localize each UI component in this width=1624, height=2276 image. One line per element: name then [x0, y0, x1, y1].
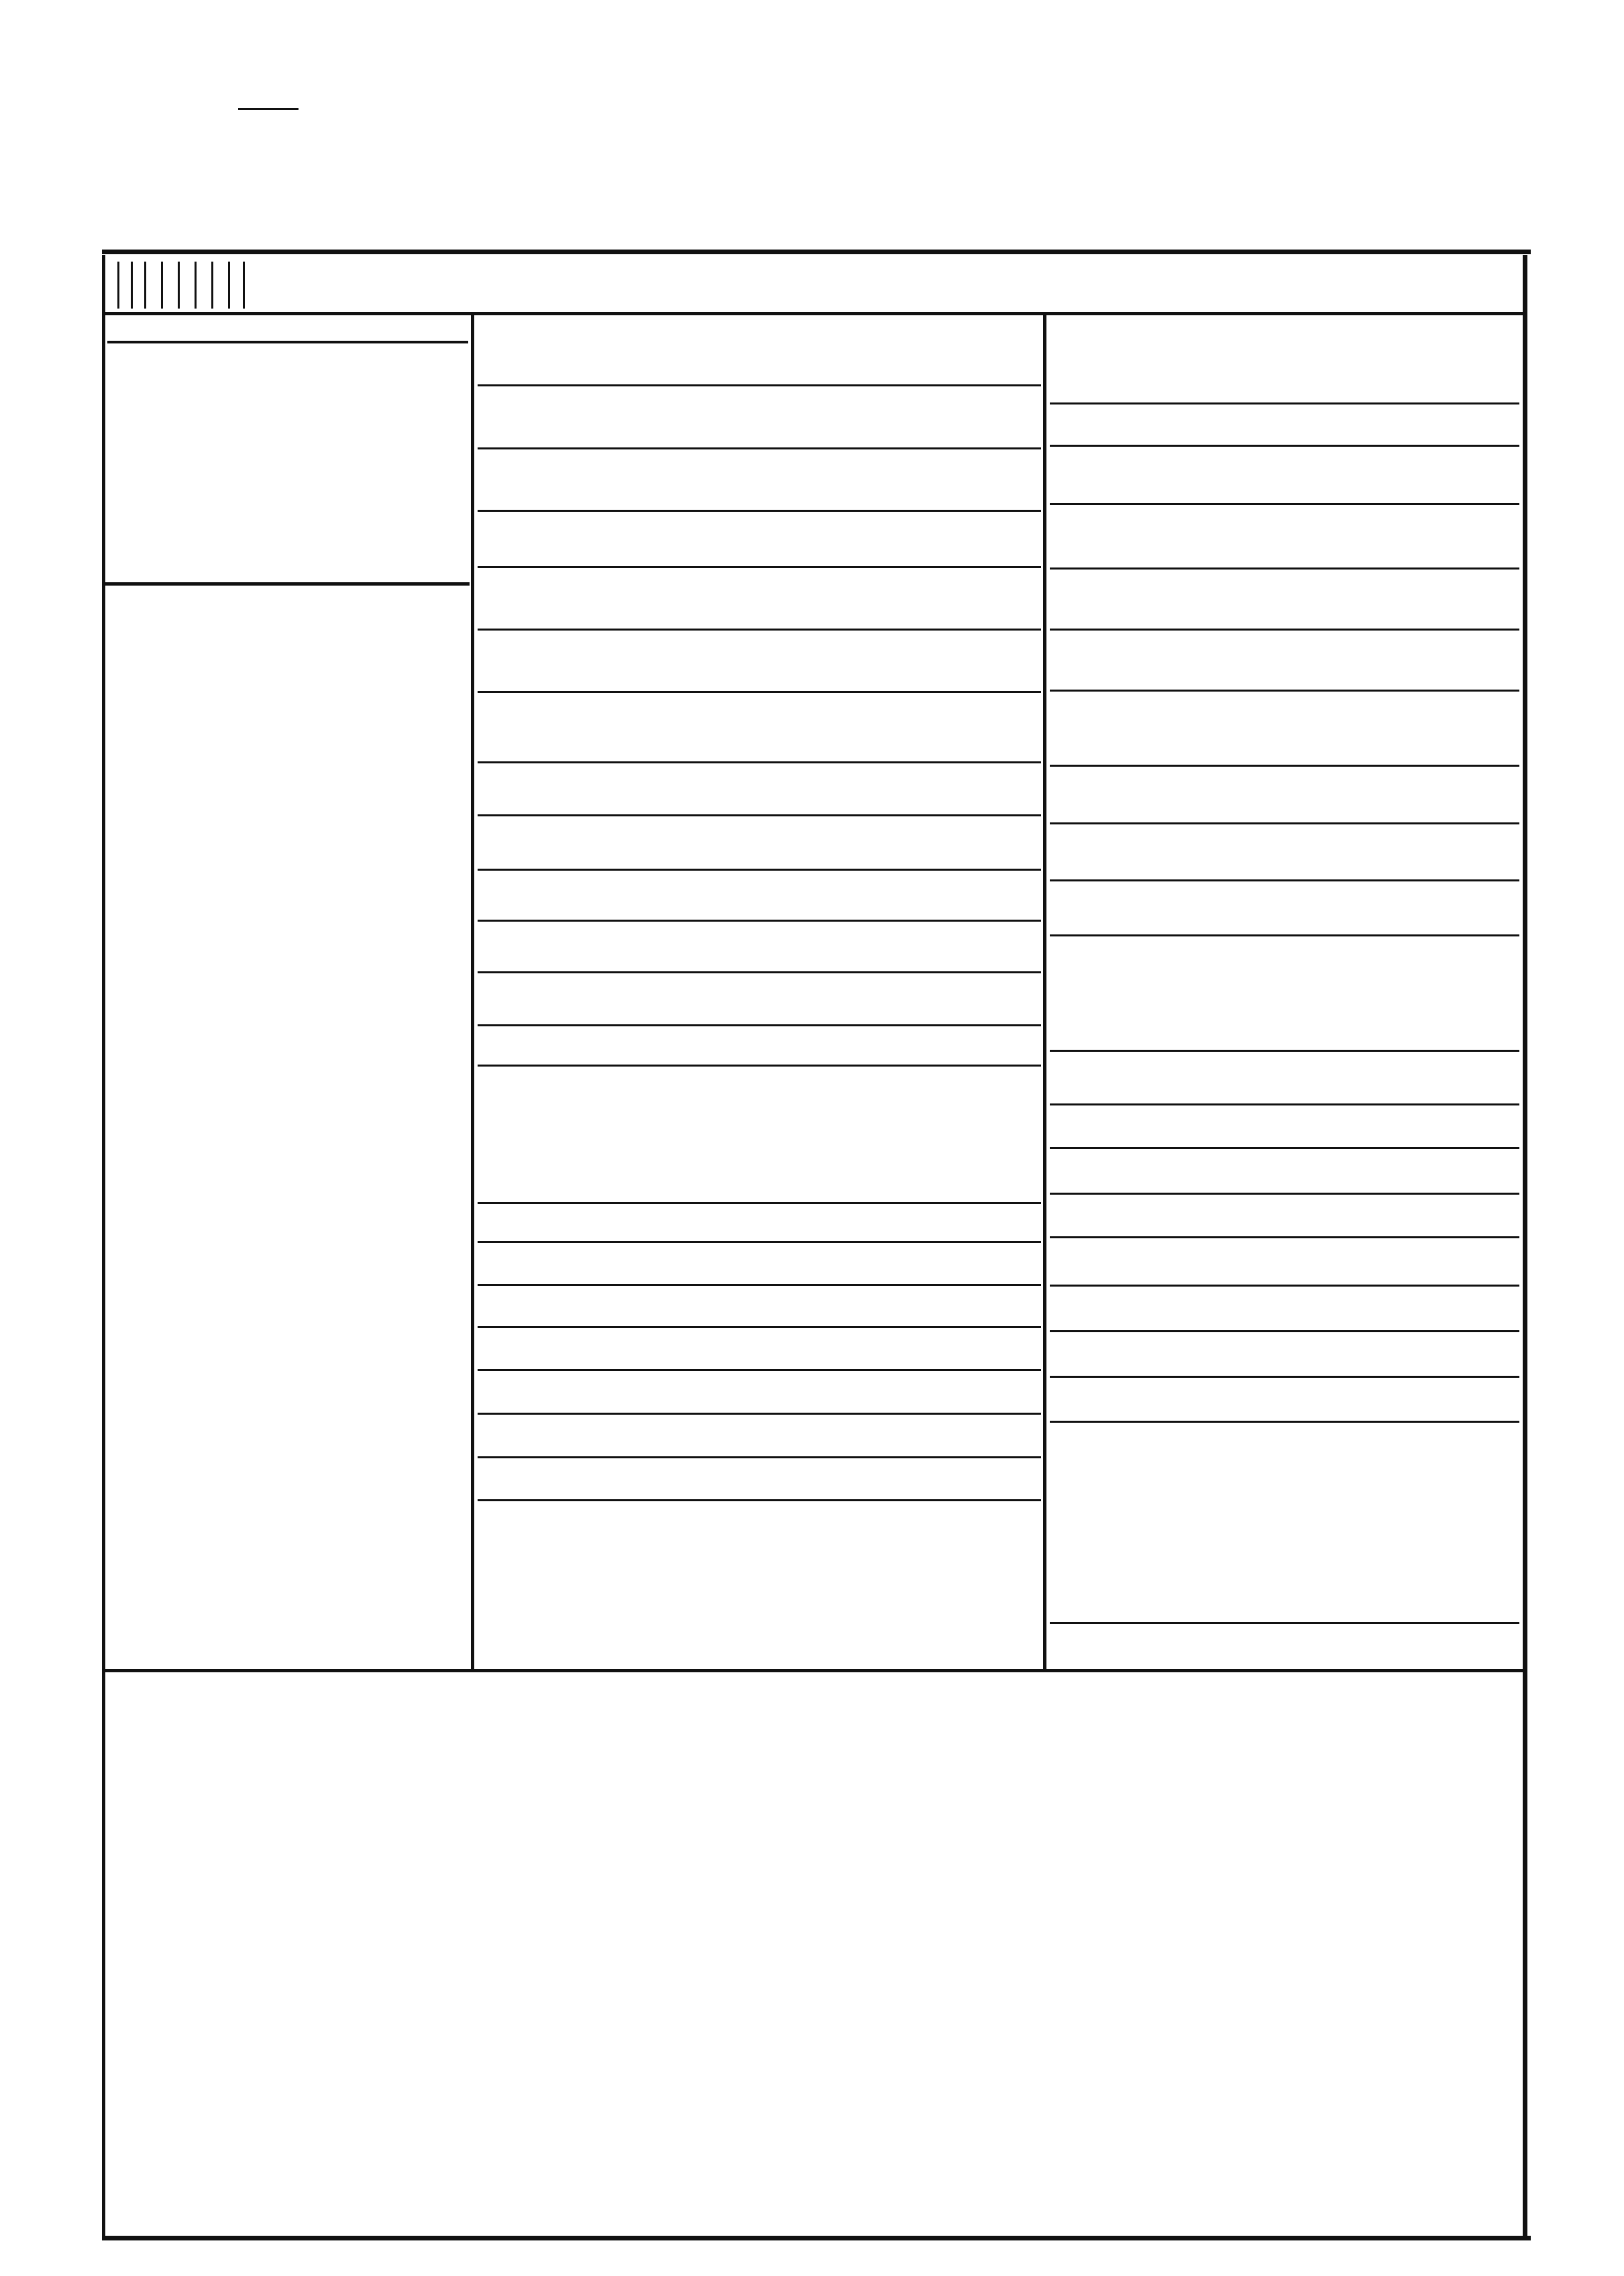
right-column-divider — [1043, 315, 1046, 1670]
ticks-bottom-rule — [105, 312, 1523, 315]
frame-bottom — [102, 2236, 1531, 2240]
law-title — [111, 751, 466, 771]
photo-line — [105, 582, 470, 586]
frame-top — [102, 250, 1531, 254]
frame-right — [1523, 255, 1527, 2240]
left-column-divider — [471, 315, 474, 1670]
header-rule — [238, 108, 299, 110]
section-divider — [105, 1669, 1523, 1672]
frame-left — [102, 255, 105, 2240]
reg-rule — [107, 341, 468, 343]
